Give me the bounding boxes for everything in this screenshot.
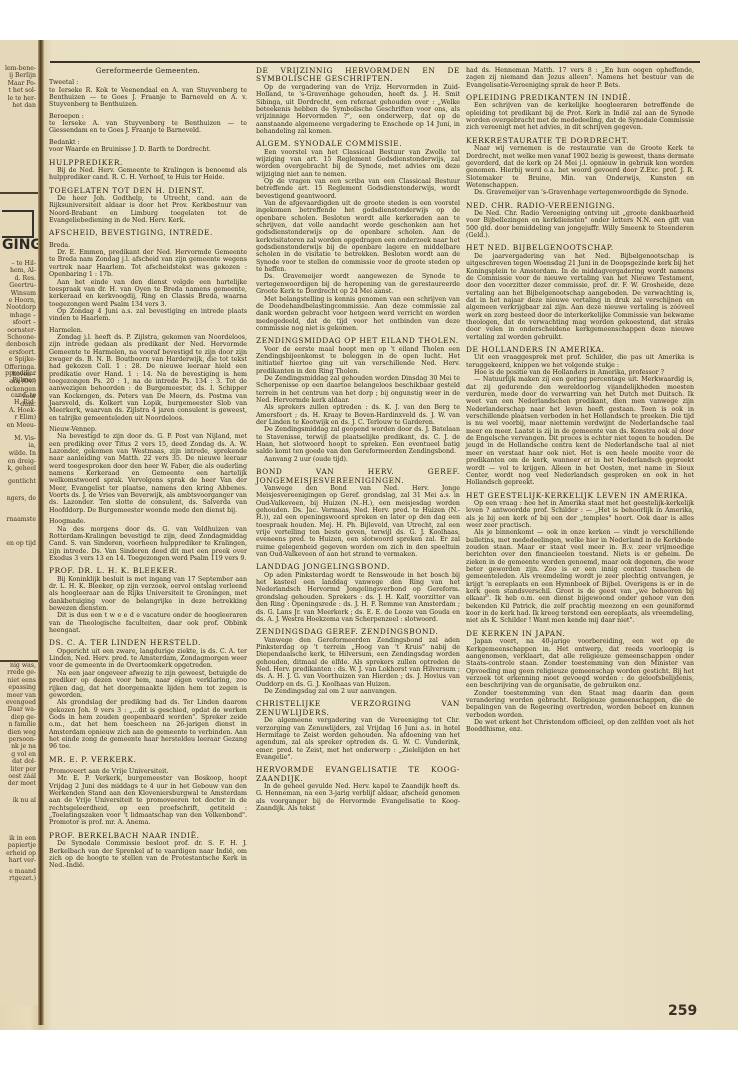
- paragraph: Met belangstelling is kennis genomen van…: [256, 296, 460, 333]
- article-heading: BOND VAN HERV. GEREF. JONGEMEISJESVEREEN…: [256, 468, 460, 485]
- previous-page-text-fragment: hart ver-: [9, 857, 36, 864]
- previous-page-text-fragment: evengoed: [6, 699, 36, 706]
- paragraph-label: Hoogmade.: [49, 518, 247, 525]
- previous-page-text-fragment: t het sol-: [8, 87, 36, 94]
- article-heading: NED. CHR. RADIO-VEREENIGING.: [466, 202, 694, 210]
- previous-page-text-fragment: en op tijd: [6, 540, 36, 547]
- article-heading: PROF. BERKELBACH NAAR INDIë.: [49, 832, 247, 840]
- previous-page-text-fragment: denbosch: [6, 341, 36, 348]
- paragraph: te Ierseke R. Kok te Veenendaal en A. va…: [49, 87, 247, 109]
- paragraph-label: Harmelen.: [49, 327, 247, 334]
- previous-page-text-fragment: g vol en: [11, 751, 36, 758]
- article-heading: DE VRIJZINNIG HERVORMDEN EN DE SYMBOLISC…: [256, 67, 460, 84]
- article-section: ALGEM. SYNODALE COMMISSIE.Een voorstel v…: [256, 140, 460, 332]
- paragraph: Als je binnenkomt — ook in onze kerken —…: [466, 529, 694, 624]
- article-heading: HET NED. BIJBELGENOOTSCHAP.: [466, 244, 694, 252]
- paragraph: Dit is dus een t w e e d e vacature onde…: [49, 612, 247, 634]
- paragraph-label: Beroepen :: [49, 113, 247, 120]
- article-heading: DE HOLLANDERS IN AMERIKA.: [466, 346, 694, 354]
- article-section: DE KERKEN IN JAPAN.Japan voert, na 40-ja…: [466, 630, 694, 734]
- previous-page-text-fragment: e maand: [9, 868, 36, 875]
- paragraph: Een schrijven van de kerkelijke hoogleer…: [466, 102, 694, 131]
- previous-page-text-fragment: k, geheel: [7, 465, 36, 472]
- article-section: NED. CHR. RADIO-VEREENIGING.De Ned. Chr.…: [466, 202, 694, 240]
- paragraph: Ds. Gravemeijer wordt aangewezen de Syno…: [256, 273, 460, 295]
- previous-page-text-fragment: nig was,: [10, 662, 36, 669]
- paragraph-label: Breda.: [49, 242, 247, 249]
- previous-page-text-fragment: het dan: [12, 102, 36, 109]
- paragraph: Bij de Ned. Herv. Gemeente te Kralingen …: [49, 167, 247, 182]
- paragraph: Vanwege den Gereformeerden Zendingsbond …: [256, 637, 460, 688]
- article-section: HERVORMDE EVANGELISATIE TE KOOG-ZAANDIJK…: [256, 766, 460, 812]
- article-heading: CHRISTELIJKE VERZORGING VAN ZENUWLIJDERS…: [256, 700, 460, 717]
- article-section: CHRISTELIJKE VERZORGING VAN ZENUWLIJDERS…: [256, 700, 460, 761]
- article-heading: KERKRESTAURATIE TE DORDRECHT.: [466, 137, 694, 145]
- article-section: PROF. BERKELBACH NAAR INDIë.De Synodale …: [49, 832, 247, 870]
- previous-page-text-fragment: n familie: [9, 721, 36, 728]
- previous-page-text-fragment: d. Res.: [15, 275, 36, 282]
- article-heading: HET GEESTELIJK-KERKELIJK LEVEN IN AMERIK…: [466, 492, 694, 500]
- previous-page-text-fragment: rnaamste: [6, 516, 36, 523]
- book-spine: [38, 40, 44, 1025]
- article-section: Ds. C. A. TER LINDEN HERSTELD.Opgericht …: [49, 639, 247, 750]
- previous-page-text-fragment: mhage –: [10, 312, 36, 319]
- paragraph: De wet erkent het Christendom officieel,…: [466, 719, 694, 734]
- article-section: AFSCHEID, BEVESTIGING, INTREDE.Breda.Dr.…: [49, 229, 247, 562]
- paragraph: Na een jaar ongeveer afwezig te zijn gew…: [49, 670, 247, 699]
- paragraph: Een voorstel van het Classicaal Bestuur …: [256, 149, 460, 178]
- article-heading: HULPPREDIKER.: [49, 159, 247, 167]
- paragraph: Op de vragen van een scriba van een Clas…: [256, 178, 460, 200]
- previous-page-text-fragment: en Meeu-: [7, 422, 36, 429]
- paragraph: Hoe is de positie van de Hollanders in A…: [466, 369, 694, 376]
- paragraph: De Synodale Commissie besloot prof. dr. …: [49, 840, 247, 869]
- paragraph: Dr. E. Emmen, predikant der Ned. Hervorm…: [49, 249, 247, 278]
- paragraph: Als sprekers zullen optreden : ds. K. J.…: [256, 404, 460, 426]
- previous-page-text-fragment: Winsum: [11, 290, 36, 297]
- previous-page-text-fragment: . Pijlman: [8, 377, 36, 384]
- previous-page-text-fragment: oest záál: [8, 773, 36, 780]
- paragraph-label: Nieuw-Vennep.: [49, 426, 247, 433]
- article-heading: PROF. DR. L. H. K. BLEEKER.: [49, 567, 247, 575]
- article-section: ZENDINGSDAG GEREF. ZENDINGSBOND.Vanwege …: [256, 628, 460, 695]
- previous-page-text-fragment: gentlicht: [8, 478, 36, 485]
- paragraph: Zonder toestemming van den Staat mag daa…: [466, 690, 694, 719]
- article-section: HET NED. BIJBELGENOOTSCHAP.De jaarvergad…: [466, 244, 694, 341]
- previous-page-text-fragment: dat dol-: [12, 758, 36, 765]
- article-section: HET GEESTELIJK-KERKELIJK LEVEN IN AMERIK…: [466, 492, 694, 625]
- paragraph: De Ned. Chr. Radio Vereeniging ontving u…: [466, 210, 694, 239]
- column-2: DE VRIJZINNIG HERVORMDEN EN DE SYMBOLISC…: [256, 67, 460, 812]
- paragraph: Opgericht uit een zware, langdurige ziek…: [49, 648, 247, 670]
- previous-page-text-fragment: dien weg: [8, 729, 36, 736]
- paragraph: Op een vraag : hoe het in Amerika staat …: [466, 500, 694, 529]
- column-3: had ds. Henneman Matth. 17 vers 8 : „En …: [466, 67, 694, 734]
- previous-page-text-fragment: rtgezet.): [9, 875, 36, 882]
- article-heading: DE KERKEN IN JAPAN.: [466, 630, 694, 638]
- previous-page-text-fragment: liter per: [10, 766, 36, 773]
- previous-page-text-fragment: r Elim): [14, 414, 36, 421]
- article-section: TOEGELATEN TOT DEN H. DIENST.De heer Joh…: [49, 187, 247, 225]
- article-section: Gereformeerde Gemeenten.Tweetal :te Iers…: [49, 67, 247, 154]
- article-section: HULPPREDIKER.Bij de Ned. Herv. Gemeente …: [49, 159, 247, 182]
- article-heading: HERVORMDE EVANGELISATIE TE KOOG-ZAANDIJK…: [256, 766, 460, 783]
- paragraph: De Zendingsmiddag zal geopend worden doo…: [256, 426, 460, 455]
- column-1: Gereformeerde Gemeenten.Tweetal :te Iers…: [49, 67, 247, 870]
- page-number: 259: [668, 1003, 697, 1019]
- paragraph: Op Zondag 4 Juni a.s. zal bevestiging en…: [49, 308, 247, 323]
- paragraph: Op aden Pinksterdag wordt te Renswoude i…: [256, 572, 460, 623]
- paragraph: — Natuurlijk maken zij een gering percen…: [466, 376, 694, 486]
- paragraph-label: Promoveert aan de Vrije Universiteit.: [49, 768, 247, 775]
- article-section: DE HOLLANDERS IN AMERIKA.Uit een vraagge…: [466, 346, 694, 487]
- paragraph: De heer Joh. Godthelp, te Utrecht, cand.…: [49, 195, 247, 224]
- article-heading: AFSCHEID, BEVESTIGING, INTREDE.: [49, 229, 247, 237]
- previous-page-text-fragment: erheid op: [6, 850, 36, 857]
- paragraph: Voor de eerste maal hoopt men op 't eila…: [256, 346, 460, 375]
- paragraph: voor Waarde en Bruinisse J. D. Barth te …: [49, 146, 247, 153]
- paragraph: Ds. Gravemeijer van 's-Gravenhage verteg…: [466, 189, 694, 196]
- paragraph: had ds. Henneman Matth. 17 vers 8 : „En …: [466, 67, 694, 89]
- article-heading: ZENDINGSDAG GEREF. ZENDINGSBOND.: [256, 628, 460, 636]
- previous-page-text-fragment: rrede ge-: [7, 669, 36, 676]
- article-heading: ZENDINGSMIDDAG OP HET EILAND THOLEN.: [256, 337, 460, 345]
- paragraph: Van de afgevaardigden uit de groote sted…: [256, 200, 460, 273]
- previous-page-text-fragment: meer van: [7, 692, 36, 699]
- article-section: KERKRESTAURATIE TE DORDRECHT.Naar wij ve…: [466, 137, 694, 197]
- article-heading: TOEGELATEN TOT DEN H. DIENST.: [49, 187, 247, 195]
- paragraph: Vanwege den Bond van Ned. Herv. Jonge Me…: [256, 485, 460, 558]
- paragraph: Mr. E. P. Verkerk, burgemeester van Bosk…: [49, 775, 247, 826]
- previous-page-text-fragment: cand. te: [11, 392, 36, 399]
- paragraph-label: Tweetal :: [49, 79, 247, 86]
- page-top-rule: [50, 61, 700, 63]
- article-section: had ds. Henneman Matth. 17 vers 8 : „En …: [466, 67, 694, 89]
- previous-page-text-fragment: en dreig-: [8, 458, 36, 465]
- previous-page-text-fragment: e Spijke-: [9, 356, 36, 363]
- paragraph: Japan voert, na 40-jarige voorbereiding,…: [466, 638, 694, 689]
- article-heading: Gereformeerde Gemeenten.: [49, 67, 247, 75]
- paragraph: Op de vergadering van de Vrijz. Hervormd…: [256, 84, 460, 135]
- advert-logo-icon: [2, 210, 34, 238]
- paragraph: In de geheel gevulde Ned. Herv. kapel te…: [256, 783, 460, 812]
- previous-page-text-fragment: epassing: [8, 684, 36, 691]
- advert-word: GING: [2, 237, 38, 253]
- paragraph: Aanvang 2 uur (oude tijd).: [256, 456, 460, 463]
- article-heading: Mr. E. P. VERKERK.: [49, 756, 247, 764]
- previous-page-text-fragment: persoon-: [9, 736, 36, 743]
- paragraph: Als grondslag der prediking had ds. Ter …: [49, 699, 247, 750]
- previous-page-text-fragment: lem-bene-: [5, 65, 36, 72]
- previous-page-text-fragment: Schoone-: [7, 334, 36, 341]
- paragraph: Zondag j.l. heeft ds. P. Zijlstra, gekom…: [49, 334, 247, 422]
- paragraph-label: Bedankt :: [49, 139, 247, 146]
- paragraph: De algemeene vergadering van de Vereenig…: [256, 717, 460, 761]
- previous-page-text-fragment: der moet: [8, 780, 36, 787]
- paragraph: De Zendingsmiddag zal gehouden worden Di…: [256, 375, 460, 404]
- article-section: OPLEIDING PREDIKANTEN IN INDIë.Een schri…: [466, 94, 694, 132]
- article-section: LANDDAG JONGELINGSBOND.Op aden Pinksterd…: [256, 563, 460, 623]
- previous-page-text-fragment: diep ge-: [11, 714, 36, 721]
- previous-page-text-fragment: sfoort –: [13, 319, 36, 326]
- paragraph: te Ierseke A. van Stuyvenberg te Benthui…: [49, 120, 247, 135]
- previous-page-text-fragment: ik in een: [9, 835, 36, 842]
- article-heading: Ds. C. A. TER LINDEN HERSTELD.: [49, 639, 247, 647]
- paragraph: Na bevestigd te zijn door ds. G. P. Post…: [49, 433, 247, 514]
- article-heading: ALGEM. SYNODALE COMMISSIE.: [256, 140, 460, 148]
- previous-page-text-fragment: ersfoort.: [9, 349, 36, 356]
- previous-page-text-fragment: Maar Po-: [8, 80, 36, 87]
- paragraph: Na des morgens door ds. G. van Veldhuize…: [49, 526, 247, 563]
- previous-page-text-fragment: Nootdorp: [6, 304, 36, 311]
- previous-page-text-fragment: ij Berlijn: [9, 72, 36, 79]
- paragraph: Bij Koninklijk besluit is met ingang van…: [49, 576, 247, 613]
- paragraph: De Zendingsdag zal om 2 uur aanvangen.: [256, 688, 460, 695]
- previous-page-text-fragment: ik nu al: [13, 797, 36, 804]
- previous-page-edge: GING lem-bene-ij BerlijnMaar Po-t het so…: [0, 40, 38, 1005]
- article-heading: LANDDAG JONGELINGSBOND.: [256, 563, 460, 571]
- paragraph: De jaarvergadering van het Ned. Bijbelge…: [466, 253, 694, 341]
- previous-page-text-fragment: oornster-: [7, 327, 36, 334]
- paragraph: Aan het einde van den dienst volgde een …: [49, 279, 247, 308]
- previous-page-text-fragment: ppredikar: [5, 370, 36, 377]
- previous-page-text-fragment: niet eens: [7, 677, 36, 684]
- paragraph: Uit een vraaggesprek met prof. Schilder,…: [466, 354, 694, 369]
- previous-page-text-fragment: hem, Al-: [10, 267, 36, 274]
- previous-page-text-fragment: nk je na: [11, 743, 36, 750]
- previous-page-text-fragment: H. Rid-: [14, 399, 36, 406]
- previous-page-text-fragment: ia,: [28, 442, 36, 449]
- previous-page-text-fragment: A. Hoek-: [9, 407, 36, 414]
- previous-page-text-fragment: ngers, de: [7, 495, 36, 502]
- article-section: ZENDINGSMIDDAG OP HET EILAND THOLEN.Voor…: [256, 337, 460, 463]
- article-section: Mr. E. P. VERKERK.Promoveert aan de Vrij…: [49, 756, 247, 827]
- previous-page-text-fragment: e Hoorn,: [9, 297, 36, 304]
- previous-page-text-fragment: le te her-: [8, 95, 36, 102]
- divider: [0, 192, 38, 194]
- article-section: DE VRIJZINNIG HERVORMDEN EN DE SYMBOLISC…: [256, 67, 460, 135]
- article-section: BOND VAN HERV. GEREF. JONGEMEISJESVEREEN…: [256, 468, 460, 558]
- previous-page-text-fragment: wilde. In: [9, 450, 36, 457]
- previous-page-text-fragment: – te Hil-: [11, 260, 36, 267]
- paragraph: Naar wij vernemen is de restauratie van …: [466, 145, 694, 189]
- previous-page-text-fragment: papiertje: [8, 842, 36, 849]
- previous-page-text-fragment: M. Vis-: [14, 435, 36, 442]
- article-section: PROF. DR. L. H. K. BLEEKER.Bij Koninklij…: [49, 567, 247, 634]
- previous-page-text-fragment: Daar wa-: [8, 706, 36, 713]
- article-heading: OPLEIDING PREDIKANTEN IN INDIë.: [466, 94, 694, 102]
- previous-page-text-fragment: Geertru-: [9, 282, 36, 289]
